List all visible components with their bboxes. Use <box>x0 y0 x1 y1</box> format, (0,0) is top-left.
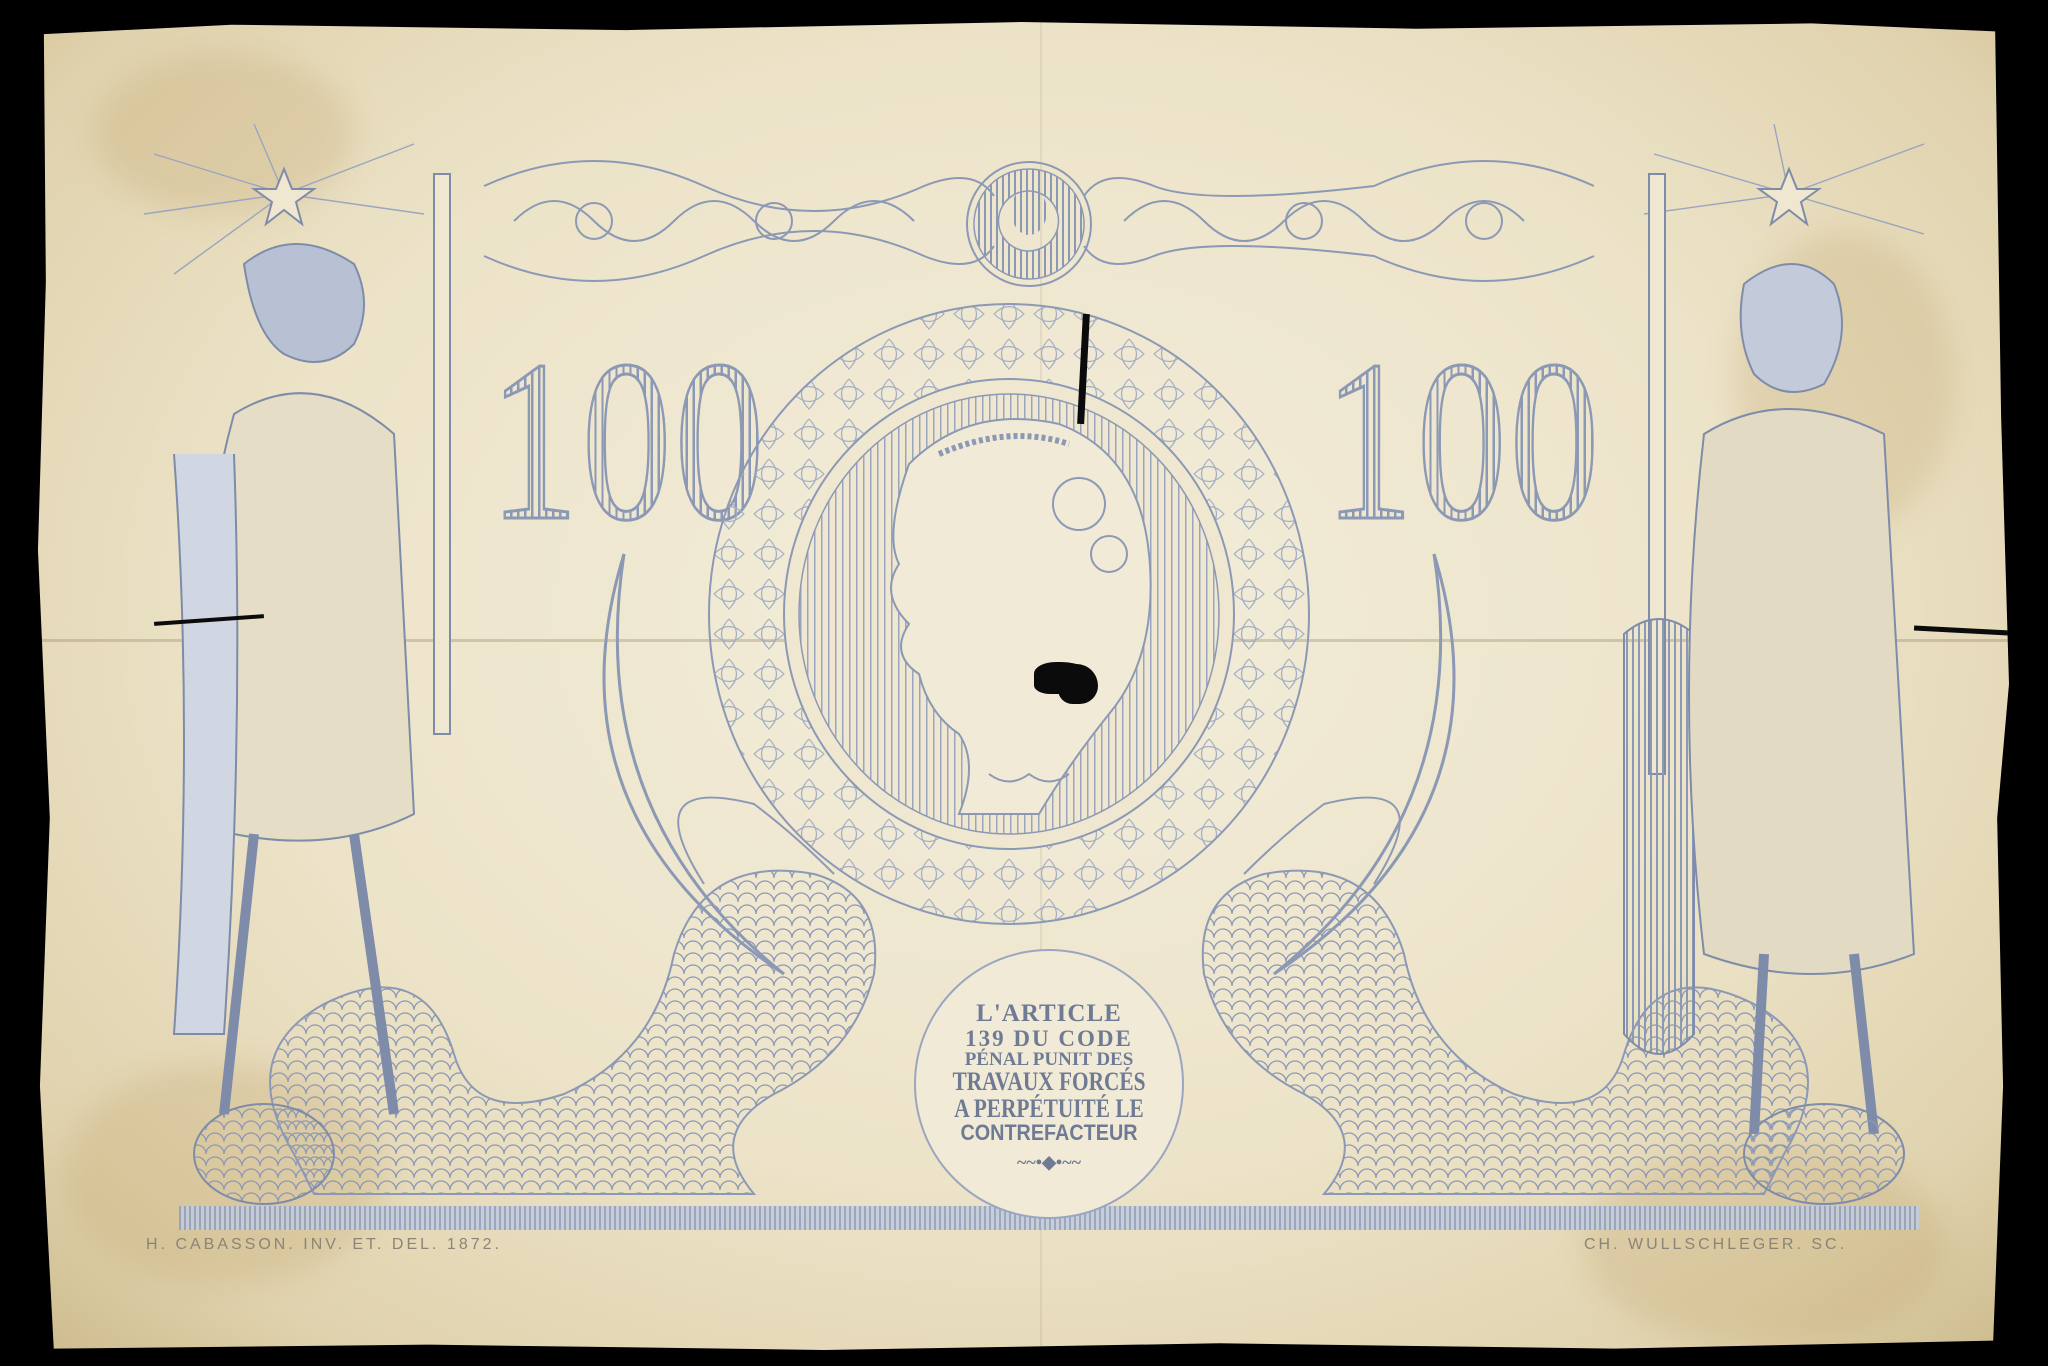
seal-line-6: CONTREFACTEUR <box>929 1122 1168 1144</box>
seal-line-5: A PERPÉTUITÉ LE <box>940 1096 1158 1123</box>
engraver-credit-right: CH. WULLSCHLEGER. SC. <box>1584 1236 1847 1254</box>
engraver-credit-left: H. CABASSON. INV. ET. DEL. 1872. <box>146 1236 502 1254</box>
legal-warning-seal: L'ARTICLE 139 DU CODE PÉNAL PUNIT DES TR… <box>914 949 1184 1219</box>
seal-line-2: 139 DU CODE <box>916 1027 1182 1050</box>
seal-line-1: L'ARTICLE <box>916 1001 1182 1027</box>
seal-line-4: TRAVAUX FORCÉS <box>940 1069 1158 1096</box>
crescent-emblem-icon <box>954 149 1104 299</box>
banknote: 100 100 <box>34 14 2009 1354</box>
figure-right-woman <box>1554 134 1934 1224</box>
hole <box>1058 664 1098 704</box>
figure-left-man <box>134 134 514 1224</box>
flourish-icon: ~~•◆•~~ <box>916 1153 1182 1171</box>
